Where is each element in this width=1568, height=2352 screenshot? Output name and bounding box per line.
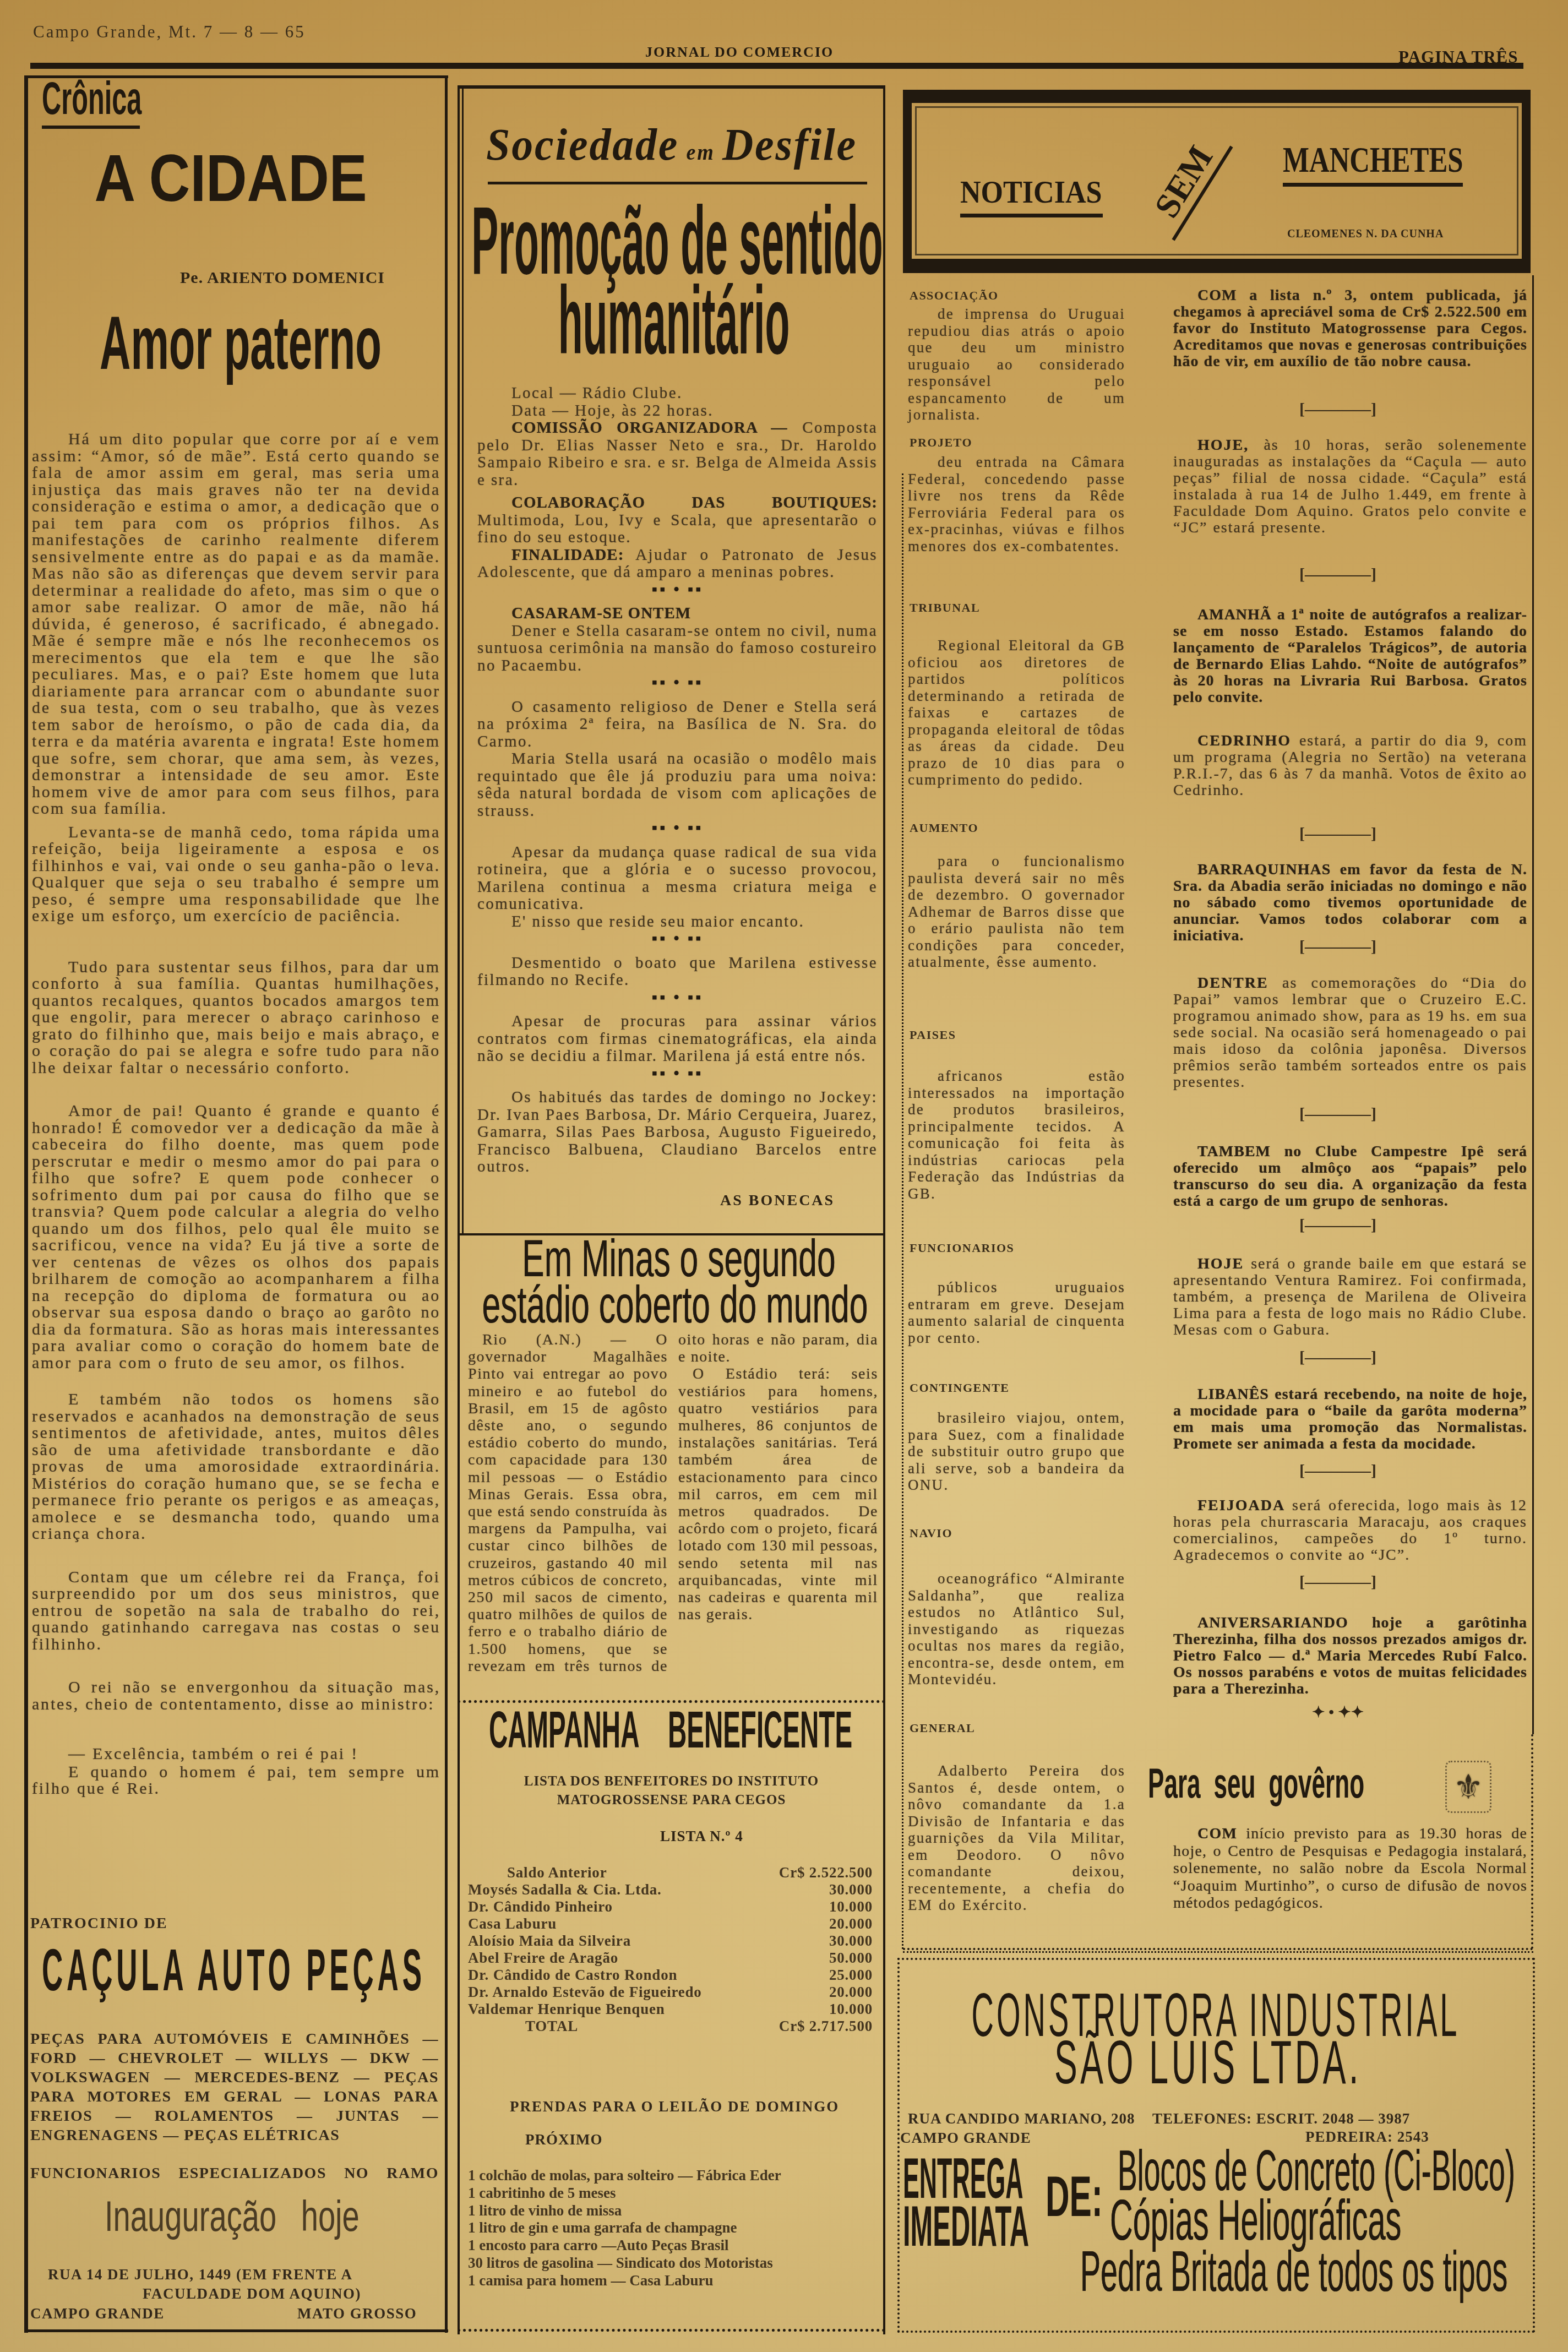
donor-row: Aloísio Maia da Silveira30.000	[468, 1932, 873, 1950]
subheading: CASARAM-SE ONTEM	[477, 605, 878, 623]
item-separator: [————]	[1283, 1349, 1393, 1366]
donor-name: Casa Laburu	[468, 1915, 557, 1932]
byline: Pe. ARIENTO DOMENICI	[180, 269, 385, 287]
donation-amount: 50.000	[829, 1950, 873, 1967]
column-border-left	[458, 85, 460, 2334]
item-separator: [————]	[1283, 1106, 1393, 1123]
item-text: as comemorações do “Dia do Papai” vamos …	[1173, 974, 1527, 1091]
item-lead: CEDRINHO	[1197, 732, 1291, 749]
donor-name: Valdemar Henrique Benquen	[468, 2001, 665, 2018]
news-item: HOJE, às 10 horas, serão solenemente ina…	[1173, 437, 1527, 536]
section-separator: ▪▪ • ▪▪	[477, 674, 878, 692]
item-lead: COM	[1197, 287, 1237, 304]
item-lead: DENTRE	[1197, 974, 1268, 992]
donor-row: Moysés Sadalla & Cia. Ltda.30.000	[468, 1881, 873, 1898]
article-paragraph: Contam que um célebre rei da França, foi…	[32, 1569, 440, 1653]
state: MATO GROSSO	[297, 2305, 417, 2322]
column-title: A CIDADE	[95, 145, 367, 211]
prizes-subtitle: PRÓXIMO	[525, 2131, 602, 2148]
item-lead: AMANHÃ	[1197, 606, 1272, 623]
masthead-word: MANCHETES	[1283, 142, 1463, 178]
donation-amount: 20.000	[829, 1915, 873, 1932]
event-detail: Data — Hoje, às 22 horas.	[477, 402, 878, 420]
column-title-word: em	[687, 140, 715, 165]
news-item: COM a lista n.º 3, ontem publicada, já c…	[1173, 287, 1527, 370]
news-item: TAMBEM no Clube Campestre Ipê será ofere…	[1173, 1144, 1527, 1210]
social-note: Maria Stella usará na ocasião o modêlo m…	[477, 750, 878, 820]
header-rule	[30, 63, 1523, 69]
section-label: Crônica	[42, 75, 141, 121]
article-paragraph: E quando o homem é pai, tem sempre um fi…	[32, 1764, 440, 1798]
column-border-right	[883, 85, 885, 2334]
event-detail: COLABORAÇÃO DAS BOUTIQUES: Multimoda, Lo…	[477, 494, 878, 547]
donor-name: Aloísio Maia da Silveira	[468, 1932, 631, 1950]
advertiser-name: CAÇULA AUTO PEÇAS	[42, 1940, 426, 2000]
item-lead: HOJE	[1197, 1255, 1244, 1272]
brief-text: africanos estão interessados na importaç…	[908, 1068, 1125, 1202]
donor-name: Saldo Anterior	[468, 1864, 607, 1881]
of-label: DE:	[1046, 2168, 1103, 2225]
event-detail: Local — Rádio Clube.	[477, 385, 878, 402]
donor-table: Saldo AnteriorCr$ 2.522.500 Moysés Sadal…	[468, 1864, 873, 2035]
item-separator: [————]	[1283, 567, 1393, 583]
brief-text: de imprensa do Uruguai repudiou dias atr…	[908, 306, 1125, 423]
section-separator: ▪▪ • ▪▪	[477, 820, 878, 837]
brief-text: deu entrada na Câmara Federal, concedend…	[908, 454, 1125, 554]
column-border-left	[24, 77, 28, 2333]
campaign-title: CAMPANHA BENEFICENTE	[489, 1704, 852, 1756]
brief-heading: TRIBUNAL	[910, 601, 980, 615]
column-end-mark: ✦ • ✦✦	[1283, 1703, 1393, 1722]
section-separator: ▪▪ • ▪▪	[477, 1065, 878, 1083]
box-border-top	[458, 85, 885, 89]
emblem-icon	[1445, 1761, 1491, 1813]
column-border-right-dotted	[1531, 1734, 1533, 1949]
social-note: O casamento religioso de Dener e Stella …	[477, 699, 878, 751]
section-rule	[903, 1948, 1533, 1953]
article-headline: humanitário	[558, 273, 790, 369]
social-note: Apesar da mudança quase radical de sua v…	[477, 844, 878, 913]
campaign-subtitle: LISTA DOS BENFEITORES DO INSTITUTO	[458, 1774, 885, 1789]
social-note: Os habitués das tardes de domingo no Joc…	[477, 1089, 878, 1176]
item-lead: LIBANÊS	[1197, 1386, 1269, 1403]
item-lead: ANIVERSARIANDO	[1197, 1614, 1348, 1631]
opening-announcement: Inauguração hoje	[105, 2195, 360, 2237]
column-title: SociedadeemDesfile	[486, 122, 857, 167]
donor-row: Saldo AnteriorCr$ 2.522.500	[468, 1864, 873, 1881]
box-border-left	[462, 89, 464, 1235]
article-paragraph: O rei não se envergonhou da situação mas…	[32, 1679, 440, 1713]
detail-text: Multimoda, Lou, Ivy e Scala, que apresen…	[477, 511, 878, 547]
address-line: FACULDADE DOM AQUINO)	[143, 2285, 361, 2302]
column-border-right	[1532, 275, 1534, 1734]
donation-amount: 10.000	[829, 2001, 873, 2018]
address-line: RUA 14 DE JULHO, 1449 (EM FRENTE A	[48, 2266, 353, 2283]
city: CAMPO GRANDE	[30, 2305, 165, 2322]
product-list: PEÇAS PARA AUTOMÓVEIS E CAMINHÕES — FORD…	[30, 2029, 439, 2145]
event-detail: COMISSÃO ORGANIZADORA — Composta pelo Dr…	[477, 420, 878, 489]
article-paragraph: O Estádio terá: seis vestiários para hom…	[678, 1365, 878, 1623]
donor-name: Dr. Cândido Pinheiro	[468, 1898, 613, 1915]
article-paragraph: Amor de pai! Quanto é grande e quanto é …	[32, 1103, 440, 1371]
brief-heading: GENERAL	[910, 1721, 975, 1735]
brief-heading: PAISES	[910, 1028, 956, 1042]
article-headline: Amor paterno	[100, 306, 382, 381]
donor-row: Dr. Arnaldo Estevão de Figueiredo20.000	[468, 1984, 873, 2001]
donor-name: Dr. Arnaldo Estevão de Figueiredo	[468, 1984, 702, 2001]
news-item: BARRAQUINHAS em favor da festa de N. Sra…	[1173, 862, 1527, 944]
prize-item: 1 camisa para homem — Casa Laburu	[468, 2272, 875, 2290]
donor-row: Abel Freire de Aragão50.000	[468, 1950, 873, 1967]
article-paragraph: — Excelência, também o rei é pai !	[32, 1746, 440, 1763]
brief-text: Regional Eleitoral da GB oficiou aos dir…	[908, 637, 1125, 788]
column-signature: AS BONECAS	[720, 1192, 835, 1210]
phone-numbers: TELEFONES: ESCRIT. 2048 — 3987	[1152, 2110, 1410, 2127]
brief-heading: NAVIO	[910, 1526, 952, 1540]
item-lead: BARRAQUINHAS	[1197, 861, 1331, 878]
detail-lead: COLABORAÇÃO DAS BOUTIQUES:	[511, 494, 878, 511]
article-body: Local — Rádio Clube. Data — Hoje, às 22 …	[477, 385, 878, 1194]
social-note: E' nisso que reside seu maior encanto.	[477, 913, 878, 931]
delivery-label: IMEDIATA	[903, 2198, 1029, 2255]
masthead-underline	[960, 214, 1103, 217]
news-item: DENTRE as comemorações do “Dia do Papai”…	[1173, 975, 1527, 1091]
product-item: Pedra Britada de todos os tipos	[1080, 2243, 1507, 2300]
section-separator: ▪▪ • ▪▪	[477, 581, 878, 599]
article-body: Há um dito popular que corre por aí e ve…	[32, 431, 440, 1898]
donation-amount: 20.000	[829, 1984, 873, 2001]
prize-item: 1 colchão de molas, para solteiro — Fábr…	[468, 2167, 875, 2185]
item-lead: HOJE,	[1197, 437, 1249, 454]
advertiser-name: SÃO LUIS LTDA.	[1054, 2032, 1362, 2093]
event-detail: FINALIDADE: Ajudar o Patronato de Jesus …	[477, 547, 878, 581]
social-note: Dener e Stella casaram-se ontem no civil…	[477, 623, 878, 675]
donor-name: Dr. Cândido de Castro Rondon	[468, 1967, 677, 1984]
box-border-bottom	[458, 2329, 885, 2332]
detail-lead: COMISSÃO ORGANIZADORA —	[511, 419, 788, 437]
newspaper-name: JORNAL DO COMERCIO	[645, 44, 834, 61]
brief-text: brasileiro viajou, ontem, para Suez, com…	[908, 1409, 1125, 1494]
item-lead: COM	[1197, 1825, 1237, 1842]
donor-row: Dr. Cândido Pinheiro10.000	[468, 1898, 873, 1915]
item-separator: [————]	[1283, 401, 1393, 418]
donation-amount: 30.000	[829, 1881, 873, 1898]
city: CAMPO GRANDE	[900, 2130, 1031, 2147]
masthead-word: NOTICIAS	[960, 177, 1102, 208]
brief-text: públicos uruguaios entraram em greve. De…	[908, 1279, 1125, 1346]
list-number: LISTA N.º 4	[660, 1828, 743, 1845]
item-separator: [————]	[1283, 1463, 1393, 1479]
box-title: Para seu govêrno	[1148, 1763, 1364, 1805]
column-author: CLEOMENES N. DA CUNHA	[1287, 228, 1444, 241]
item-lead: TAMBEM	[1197, 1143, 1271, 1160]
brief-text: Adalberto Pereira dos Santos é, desde on…	[908, 1762, 1125, 1914]
donation-amount: 25.000	[829, 1967, 873, 1984]
column-border-right	[445, 77, 448, 2333]
item-separator: [————]	[1283, 939, 1393, 955]
brief-heading: PROJETO	[910, 435, 972, 450]
column-title-word: Sociedade	[486, 119, 679, 170]
prize-item: 1 encosto para carro —Auto Peças Brasil	[468, 2237, 875, 2255]
total-row: TOTALCr$ 2.717.500	[468, 2018, 873, 2035]
newspaper-page: Campo Grande, Mt. 7 — 8 — 65 JORNAL DO C…	[0, 0, 1568, 2352]
article-paragraph: Levanta-se de manhã cedo, toma rápida um…	[32, 824, 440, 925]
brief-heading: AUMENTO	[910, 821, 978, 835]
box-text: COM início previsto para as 19.30 horas …	[1173, 1825, 1527, 1912]
donation-amount: Cr$ 2.522.500	[779, 1864, 873, 1881]
column-border-bottom	[24, 2329, 448, 2332]
prize-item: 1 litro de gin e uma garrafa de champagn…	[468, 2219, 875, 2237]
staff-note: FUNCIONARIOS ESPECIALIZADOS NO RAMO	[30, 2165, 439, 2182]
prize-item: 1 litro de vinho de missa	[468, 2202, 875, 2220]
column-border-left-dotted	[902, 473, 903, 1949]
title-rule	[488, 182, 867, 184]
item-separator: [————]	[1283, 826, 1393, 842]
brief-heading: ASSOCIAÇÃO	[910, 288, 999, 303]
prize-item: 30 litros de gasolina — Sindicato dos Mo…	[468, 2255, 875, 2272]
news-item: CEDRINHO estará, a partir do dia 9, com …	[1173, 733, 1527, 799]
brief-text: oceanográfico “Almirante Saldanha”, que …	[908, 1570, 1125, 1688]
social-note: Apesar de procuras para assinar vários c…	[477, 1013, 878, 1065]
article-paragraph: E também não todos os homens são reserva…	[32, 1391, 440, 1543]
donation-amount: 10.000	[829, 1898, 873, 1915]
masthead-underline	[1283, 183, 1463, 187]
campaign-subtitle: MATOGROSSENSE PARA CEGOS	[458, 1793, 885, 1808]
donor-row: Casa Laburu20.000	[468, 1915, 873, 1932]
total-label: TOTAL	[468, 2018, 578, 2035]
item-separator: [————]	[1283, 1574, 1393, 1591]
dateline: Campo Grande, Mt. 7 — 8 — 65	[33, 22, 306, 42]
item-lead: FEIJOADA	[1197, 1497, 1285, 1514]
section-label-underline	[42, 126, 140, 129]
article-paragraph: Tudo para sustentar seus filhos, para da…	[32, 959, 440, 1077]
column-title-word: Desfile	[722, 119, 857, 170]
news-item: HOJE será o grande baile em que estará s…	[1173, 1256, 1527, 1338]
prizes-title: PRENDAS PARA O LEILÃO DE DOMINGO	[510, 2098, 839, 2115]
news-item: FEIJOADA será oferecida, logo mais às 12…	[1173, 1498, 1527, 1564]
total-amount: Cr$ 2.717.500	[779, 2018, 873, 2035]
donor-name: Abel Freire de Aragão	[468, 1950, 618, 1967]
section-separator: ▪▪ • ▪▪	[477, 989, 878, 1007]
article-headline: estádio coberto do mundo	[482, 1279, 868, 1331]
news-item: ANIVERSARIANDO hoje a garôtinha Therezin…	[1173, 1615, 1527, 1697]
sponsor-label: PATROCINIO DE	[30, 1915, 168, 1932]
article-body: Rio (A.N.) — O governador Magalhães Pint…	[468, 1331, 878, 1680]
brief-text: para o funcionalismo paulista deverá sai…	[908, 853, 1125, 971]
article-paragraph: Há um dito popular que corre por aí e ve…	[32, 431, 440, 818]
donor-row: Dr. Cândido de Castro Rondon25.000	[468, 1967, 873, 1984]
news-item: LIBANÊS estará recebendo, na noite de ho…	[1173, 1386, 1527, 1452]
brief-heading: CONTINGENTE	[910, 1381, 1010, 1395]
prize-list: 1 colchão de molas, para solteiro — Fábr…	[468, 2167, 875, 2290]
donor-row: Valdemar Henrique Benquen10.000	[468, 2001, 873, 2018]
detail-lead: FINALIDADE:	[511, 546, 624, 564]
prize-item: 1 cabritinho de 5 meses	[468, 2185, 875, 2202]
donor-name: Moysés Sadalla & Cia. Ltda.	[468, 1881, 662, 1898]
brief-heading: FUNCIONARIOS	[910, 1241, 1014, 1255]
address: RUA CANDIDO MARIANO, 208	[908, 2110, 1135, 2127]
social-note: Desmentido o boato que Marilena estivess…	[477, 955, 878, 989]
section-separator: ▪▪ • ▪▪	[477, 930, 878, 948]
item-separator: [————]	[1283, 1217, 1393, 1234]
donation-amount: 30.000	[829, 1932, 873, 1950]
news-item: AMANHÃ a 1ª noite de autógrafos a realiz…	[1173, 607, 1527, 706]
